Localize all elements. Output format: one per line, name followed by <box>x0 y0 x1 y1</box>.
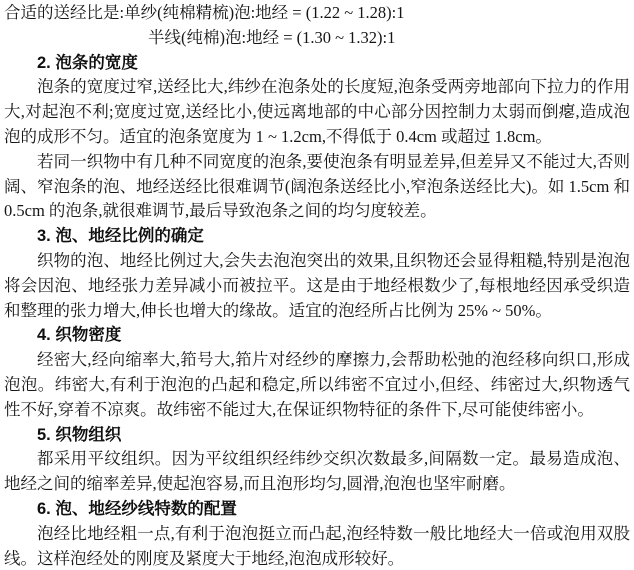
send-ratio-formula-line-1: 合适的送经比是:单纱(纯棉精梳)泡:地经 = (1.22 ~ 1.28):1 <box>4 1 630 26</box>
paragraph-fabric-density-1: 经密大,经向缩率大,筘号大,筘片对经纱的摩擦力,会帮助松弛的泡经移向织口,形成泡… <box>4 348 630 422</box>
paragraph-strip-width-2: 若同一织物中有几种不同宽度的泡条,要使泡条有明显差异,但差异又不能过大,否则阔、… <box>4 150 630 224</box>
document-page: 合适的送经比是:单纱(纯棉精梳)泡:地经 = (1.22 ~ 1.28):1 半… <box>0 0 634 570</box>
paragraph-warp-ratio-1: 织物的泡、地经比例过大,会失去泡泡突出的效果,且织物还会显得粗糙,特别是泡泡将会… <box>4 249 630 323</box>
send-ratio-formula-line-2: 半线(纯棉)泡:地经 = (1.30 ~ 1.32):1 <box>4 26 630 51</box>
section-heading-fabric-density: 4. 织物密度 <box>4 323 630 348</box>
paragraph-fabric-weave-1: 都采用平纹组织。因为平纹组织经纬纱交织次数最多,间隔数一定。最易造成泡、地经之间… <box>4 447 630 497</box>
section-heading-strip-width: 2. 泡条的宽度 <box>4 51 630 76</box>
paragraph-strip-width-1: 泡条的宽度过窄,送经比大,纬纱在泡条处的长度短,泡条受两旁地部向下拉力的作用大,… <box>4 75 630 149</box>
paragraph-yarn-count-config-1: 泡经比地经粗一点,有利于泡泡挺立而凸起,泡经特数一般比地经大一倍或泡用双股线。这… <box>4 522 630 570</box>
section-heading-fabric-weave: 5. 织物组织 <box>4 423 630 448</box>
section-heading-warp-ratio: 3. 泡、地经比例的确定 <box>4 224 630 249</box>
section-heading-yarn-count-config: 6. 泡、地经纱线特数的配置 <box>4 497 630 522</box>
